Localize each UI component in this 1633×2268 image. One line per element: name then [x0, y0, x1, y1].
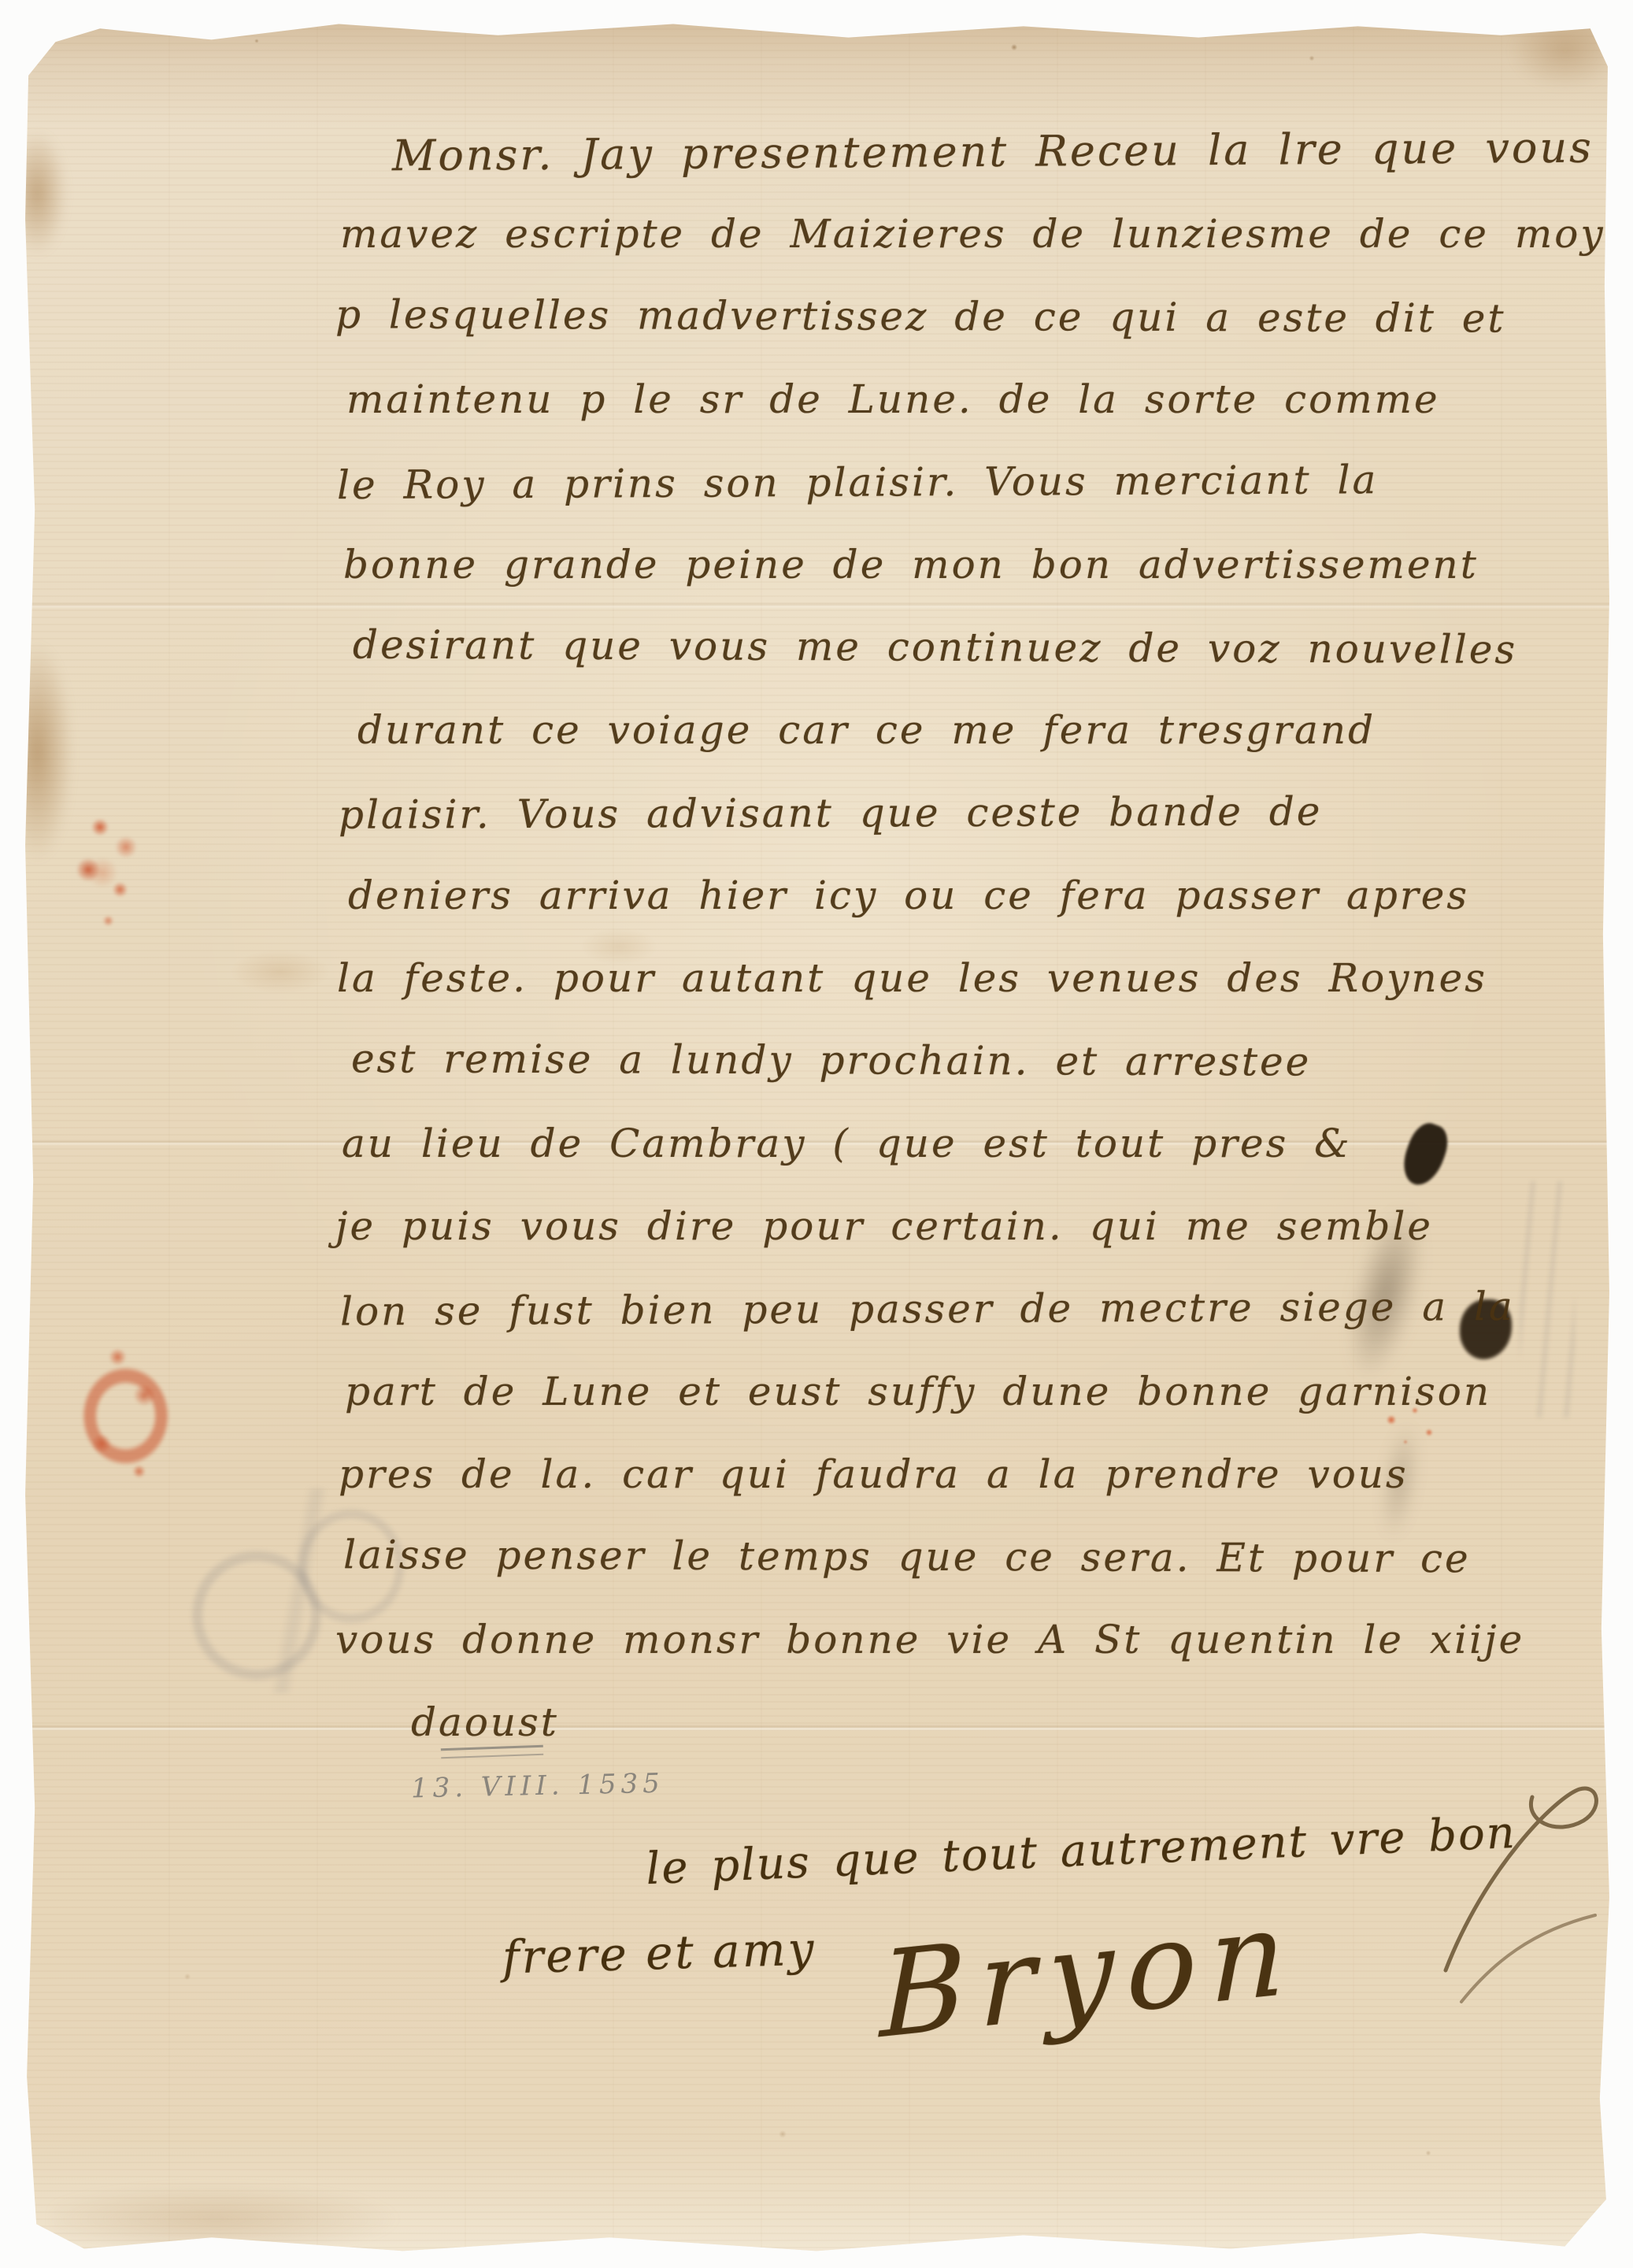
manuscript-line: part de Lune et eust suffy dune bonne ga…: [345, 1351, 1587, 1433]
manuscript-line: est remise a lundy prochain. et arrestee: [351, 1017, 1587, 1104]
edge-stain-top-right: [1485, 17, 1619, 112]
manuscript-line: durant ce voiage car ce me fera tresgran…: [357, 689, 1587, 772]
letter-paper: Monsr. Jay presentement Receu la lre que…: [20, 17, 1613, 2255]
manuscript-line: je puis vous dire pour certain. qui me s…: [335, 1185, 1587, 1268]
manuscript-line: la feste. pour autant que les venues des…: [337, 937, 1587, 1020]
manuscript-dateline: daoust: [411, 1681, 1587, 1764]
manuscript-line: bonne grande peine de mon bon advertisse…: [343, 524, 1587, 606]
manuscript-line: au lieu de Cambray ( que est tout pres &: [342, 1102, 1587, 1185]
manuscript-line: p lesquelles madvertissez de ce qui a es…: [335, 273, 1587, 361]
manuscript-line: lon se fust bien peu passer de mectre si…: [340, 1266, 1587, 1354]
manuscript-line: maintenu p le sr de Lune. de la sorte co…: [346, 358, 1587, 441]
closing-line: frere et amy: [502, 1921, 816, 1984]
pencil-date-annotation: 13. VIII. 1535: [411, 1768, 665, 1805]
manuscript-line: laisse penser le temps que ce sera. Et p…: [343, 1514, 1587, 1601]
wax-seal-mark-upper: [55, 802, 173, 943]
manuscript-line: le Roy a prins son plaisir. Vous mercian…: [337, 438, 1588, 527]
wax-seal-mark-lower: [61, 1329, 195, 1503]
manuscript-line: Monsr. Jay presentement Receu la lre que…: [392, 106, 1588, 198]
manuscript-line: desirant que vous me continuez de voz no…: [353, 604, 1587, 692]
manuscript-line: vous donne monsr bonne vie A St quentin …: [335, 1599, 1587, 1681]
edge-stain-top-left: [17, 110, 83, 276]
manuscript-line: pres de la. car qui faudra a la prendre …: [339, 1433, 1587, 1516]
edge-stain-bottom: [52, 2167, 461, 2254]
photographed-letter-backdrop: Monsr. Jay presentement Receu la lre que…: [0, 0, 1633, 2268]
signature: Bryon: [879, 1884, 1298, 2066]
edge-stain-left: [16, 606, 102, 898]
closing-line: le plus que tout autrement vre bon: [645, 1807, 1517, 1895]
manuscript-line: deniers arriva hier icy ou ce fera passe…: [348, 854, 1587, 937]
manuscript-line: mavez escripte de Maizieres de lunziesme…: [340, 193, 1587, 276]
manuscript-line: plaisir. Vous advisant que ceste bande d…: [339, 769, 1587, 857]
letter-body: Monsr. Jay presentement Receu la lre que…: [335, 110, 1587, 1764]
